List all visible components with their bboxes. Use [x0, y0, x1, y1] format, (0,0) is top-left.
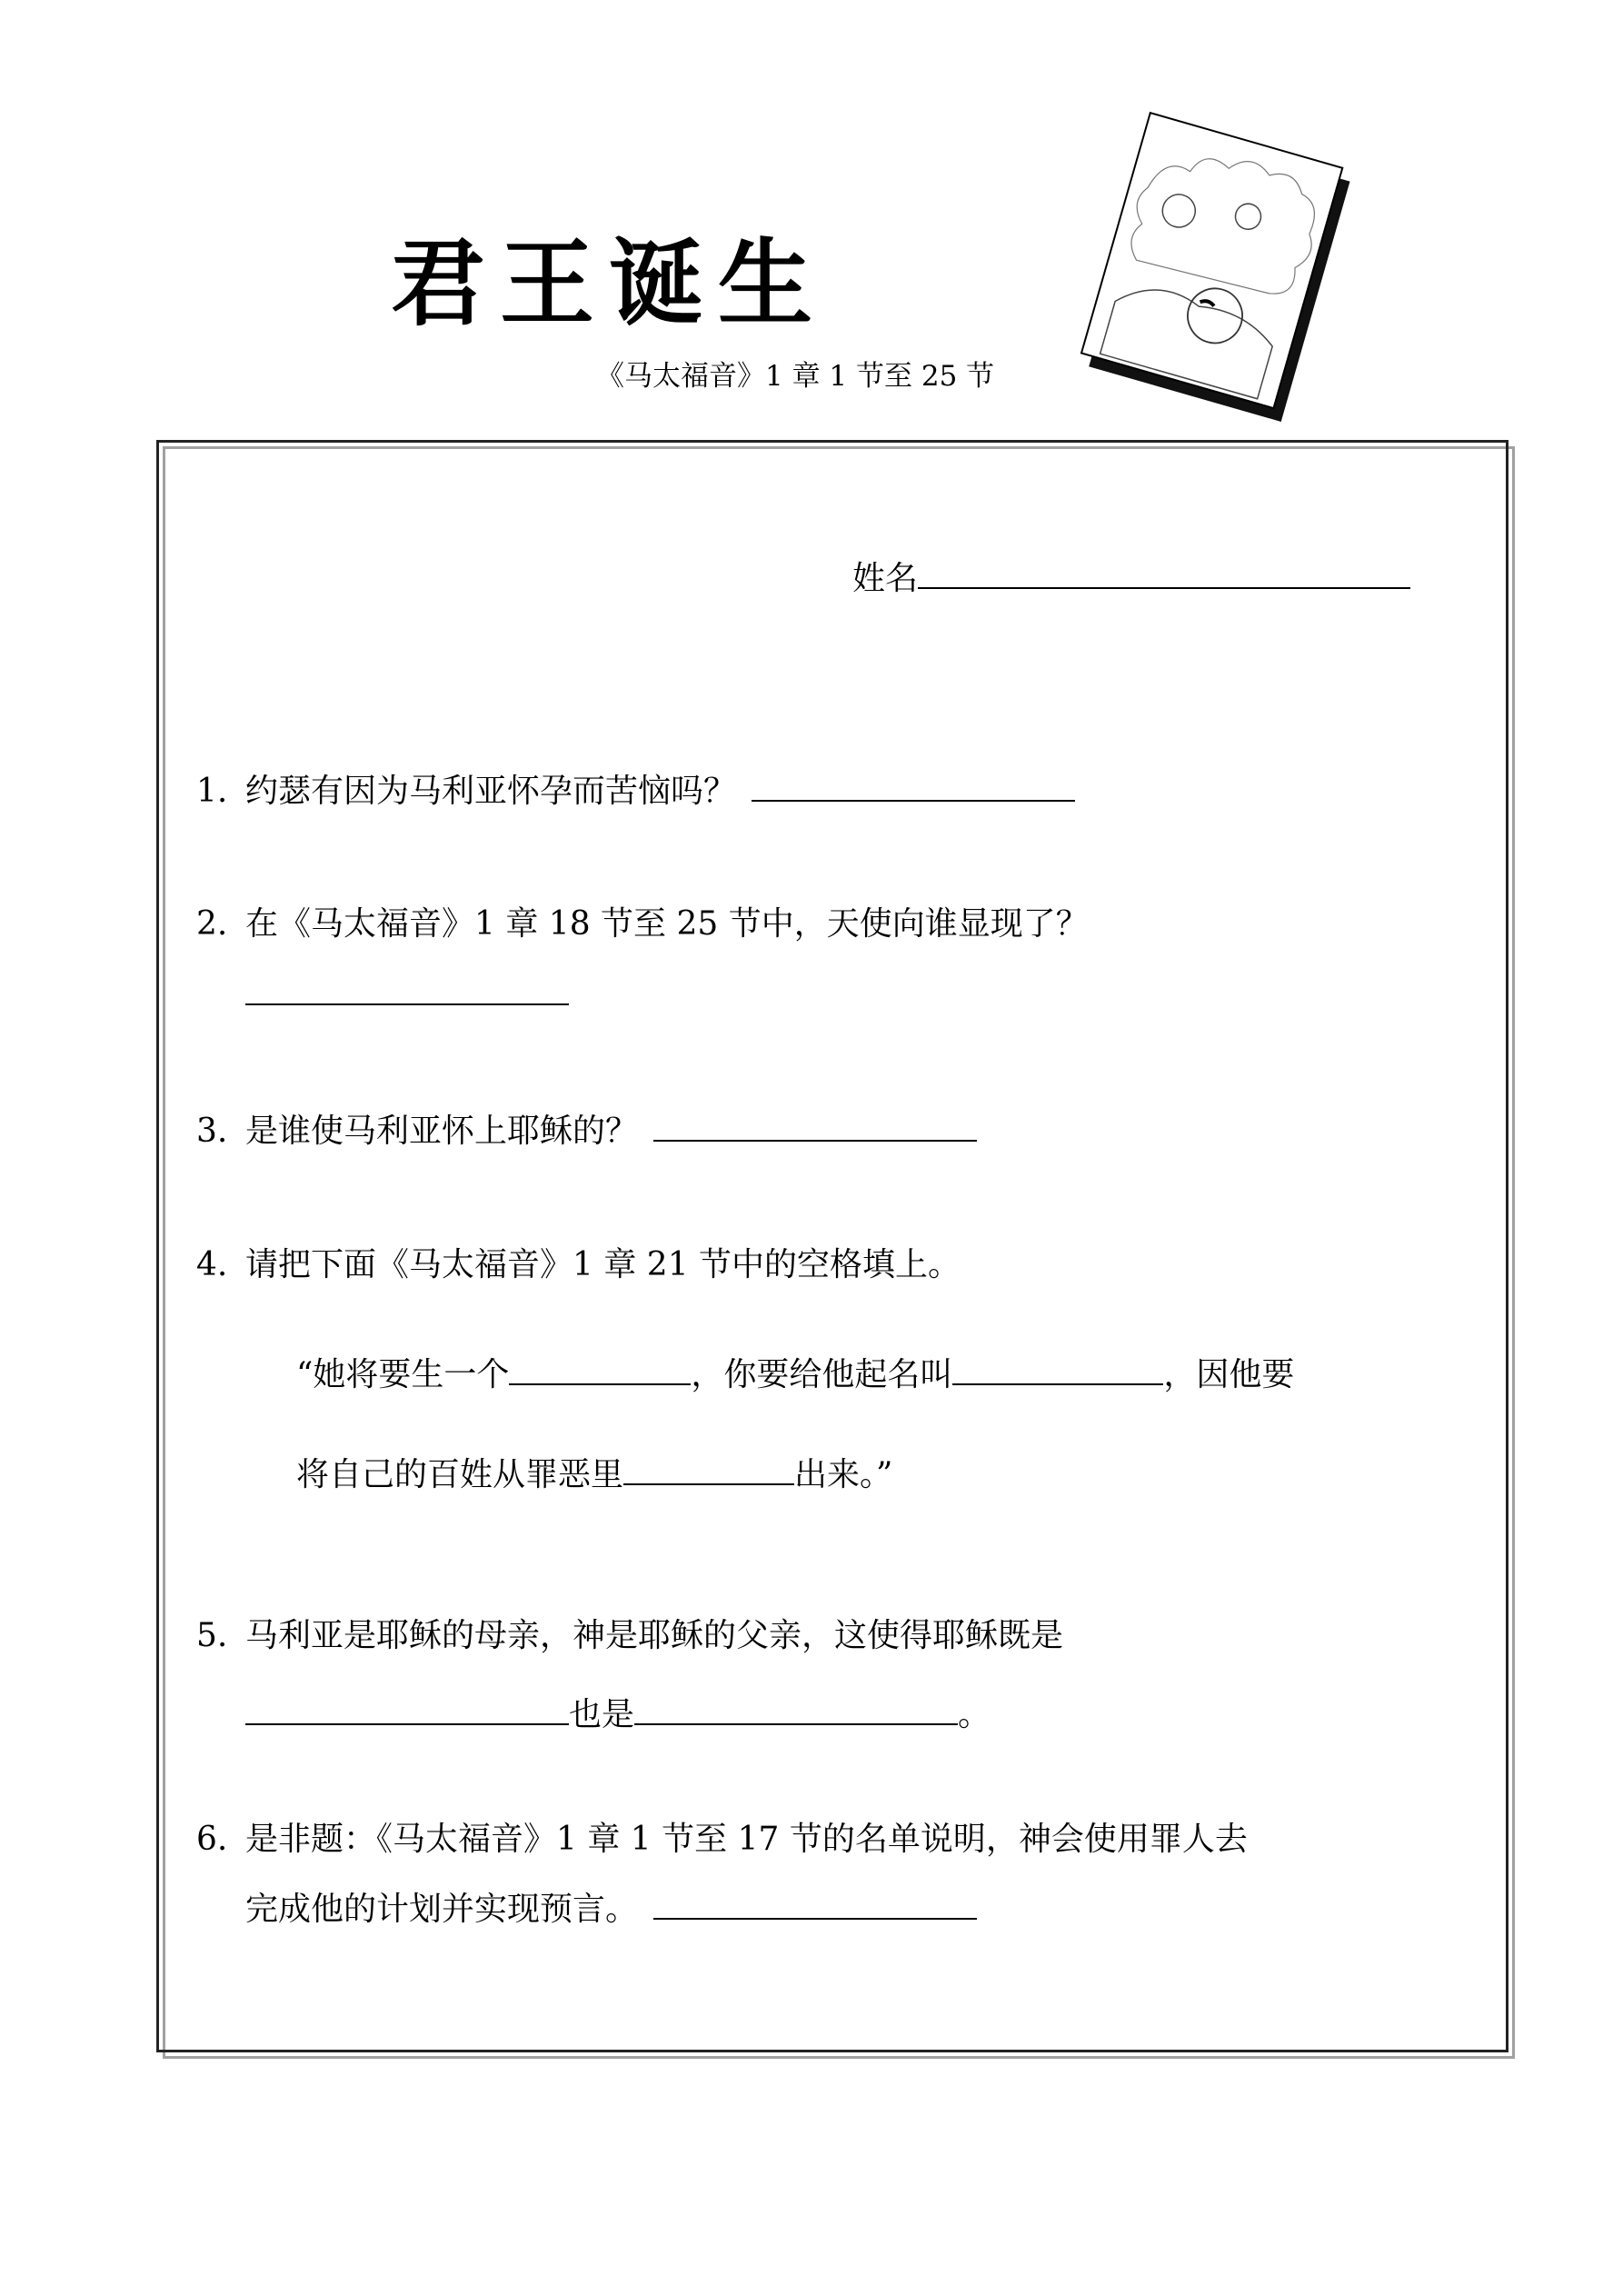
quote-line-1: “她将要生一个，你要给他起名叫，因他要	[296, 1353, 1294, 1395]
question-5: 5.马利亚是耶稣的母亲，神是耶稣的父亲，这使得耶稣既是	[196, 1616, 1063, 1656]
answer-blank-6[interactable]	[653, 1887, 977, 1920]
question-4: 4.请把下面《马太福音》1 章 21 节中的空格填上。	[196, 1245, 961, 1285]
quote-blank-2[interactable]	[952, 1353, 1163, 1385]
quote-blank-3[interactable]	[623, 1452, 794, 1485]
page-title: 君王诞生	[391, 207, 827, 344]
question-6-continued: 完成他的计划并实现预言。	[245, 1887, 977, 1930]
name-blank[interactable]	[918, 556, 1410, 589]
question-2: 2.在《马太福音》1 章 18 节至 25 节中，天使向谁显现了？	[196, 904, 1089, 944]
illustration-image	[1072, 109, 1354, 436]
quote-line-2: 将自己的百姓从罪恶里出来。”	[296, 1452, 892, 1495]
answer-blank-5b[interactable]	[634, 1692, 958, 1725]
quote-blank-1[interactable]	[509, 1353, 691, 1385]
question-3: 3.是谁使马利亚怀上耶稣的？	[196, 1109, 977, 1152]
answer-line-5: 也是。	[245, 1692, 991, 1735]
name-label: 姓名	[852, 560, 918, 597]
answer-blank-2[interactable]	[245, 973, 569, 1005]
answer-line-2[interactable]	[245, 973, 569, 1015]
answer-blank-3[interactable]	[653, 1109, 977, 1142]
scripture-reference: 《马太福音》1 章 1 节至 25 节	[596, 353, 994, 394]
answer-blank-1[interactable]	[752, 769, 1075, 802]
answer-blank-5a[interactable]	[245, 1692, 569, 1725]
name-field[interactable]: 姓名	[852, 556, 1410, 599]
question-1: 1.约瑟有因为马利亚怀孕而苦恼吗？	[196, 769, 1075, 812]
question-6: 6.是非题：《马太福音》1 章 1 节至 17 节的名单说明，神会使用罪人去	[196, 1820, 1248, 1860]
